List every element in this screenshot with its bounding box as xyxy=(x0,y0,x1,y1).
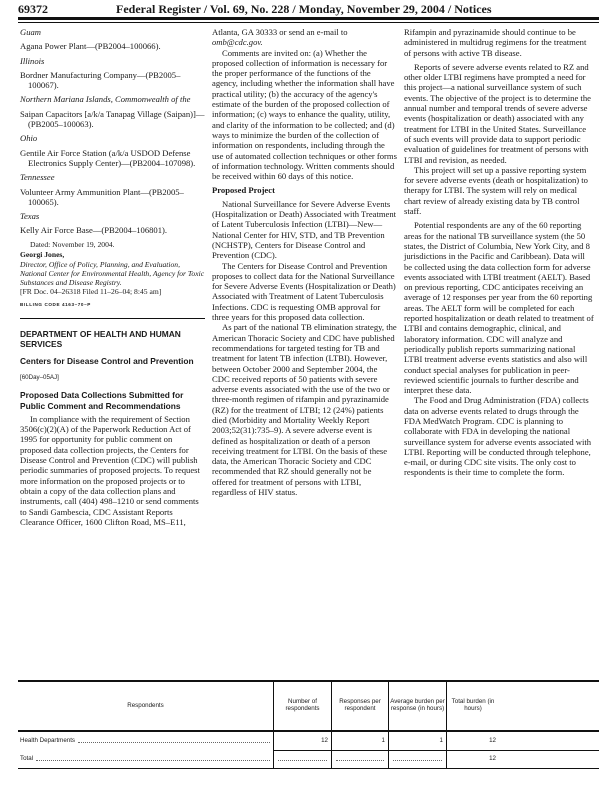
body-paragraph: This project will set up a passive repor… xyxy=(404,165,594,216)
department-heading: DEPARTMENT OF HEALTH AND HUMAN SERVICES xyxy=(20,329,205,349)
header-rule-thin xyxy=(18,22,599,23)
body-paragraph: The Food and Drug Administration (FDA) c… xyxy=(404,395,594,477)
dot-leader xyxy=(36,756,270,761)
average-burden: 1 xyxy=(388,732,446,750)
row-rule xyxy=(273,750,599,751)
signer-title: Director, Office of Policy, Planning, an… xyxy=(20,260,205,287)
total-burden: 12 xyxy=(446,750,499,768)
table-header-row: Respondents Number of respondents Respon… xyxy=(18,682,599,730)
page-number: 69372 xyxy=(18,2,48,17)
state-heading: Northern Mariana Islands, Commonwealth o… xyxy=(20,94,205,104)
column-header: Number of respondents xyxy=(273,682,331,730)
state-heading: Guam xyxy=(20,27,205,37)
signer-name: Georgi Jones, xyxy=(20,250,205,260)
column-3: Rifampin and pyrazinamide should continu… xyxy=(404,27,594,478)
page-header: 69372 Federal Register / Vol. 69, No. 22… xyxy=(18,2,600,16)
table-row-total: Total 12 xyxy=(18,750,599,768)
site-entry: Agana Power Plant—(PB2004–100066). xyxy=(20,41,205,51)
notice-heading: Proposed Data Collections Submitted for … xyxy=(20,390,205,411)
state-heading: Ohio xyxy=(20,133,205,143)
state-heading: Texas xyxy=(20,211,205,221)
site-entry: Gentile Air Force Station (a/k/a USDOD D… xyxy=(20,148,205,169)
intro-paragraph: In compliance with the requirement of Se… xyxy=(20,414,205,527)
header-rule-thick xyxy=(18,17,599,20)
billing-code: BILLING CODE 4163–70–P xyxy=(20,300,205,310)
table-bottom-rule xyxy=(18,768,599,770)
project-title-paragraph: National Surveillance for Severe Adverse… xyxy=(212,199,397,261)
number-of-respondents: 12 xyxy=(273,732,331,750)
dot-leader xyxy=(393,756,442,761)
table-row: Health Departments 12 1 1 12 xyxy=(18,732,599,750)
burden-table: Respondents Number of respondents Respon… xyxy=(18,680,599,769)
body-paragraph: Rifampin and pyrazinamide should continu… xyxy=(404,27,594,58)
body-paragraph: As part of the national TB elimination s… xyxy=(212,322,397,497)
site-entry: Saipan Capacitors [a/k/a Tanapag Village… xyxy=(20,109,205,130)
site-entry: Kelly Air Force Base—(PB2004–106801). xyxy=(20,225,205,235)
address-continuation: Atlanta, GA 30333 or send an e-mail to xyxy=(212,27,348,37)
body-paragraph: Reports of severe adverse events related… xyxy=(404,62,594,165)
running-title: Federal Register / Vol. 69, No. 228 / Mo… xyxy=(116,2,492,17)
column-header: Respondents xyxy=(18,682,273,730)
dot-leader xyxy=(336,756,384,761)
comments-paragraph: Comments are invited on: (a) Whether the… xyxy=(212,48,397,182)
state-heading: Tennessee xyxy=(20,172,205,182)
email-link[interactable]: omb@cdc.gov. xyxy=(212,37,263,47)
responses-per-respondent: 1 xyxy=(331,732,388,750)
dot-leader xyxy=(278,756,327,761)
docket-number: [60Day–05AJ] xyxy=(20,373,205,383)
column-2: Atlanta, GA 30333 or send an e-mail to o… xyxy=(212,27,397,497)
respondent-label: Health Departments xyxy=(20,737,75,744)
site-entry: Bordner Manufacturing Company—(PB2005–10… xyxy=(20,70,205,91)
agency-heading: Centers for Disease Control and Preventi… xyxy=(20,356,205,366)
section-divider xyxy=(20,318,205,319)
total-label: Total xyxy=(20,755,33,762)
dot-leader xyxy=(78,738,270,743)
site-entry: Volunteer Army Ammunition Plant—(PB2005–… xyxy=(20,187,205,208)
column-header: Responses per respondent xyxy=(331,682,388,730)
column-1: Guam Agana Power Plant—(PB2004–100066). … xyxy=(20,27,205,527)
total-burden: 12 xyxy=(446,732,499,750)
dated-line: Dated: November 19, 2004. xyxy=(20,240,205,250)
body-paragraph: The Centers for Disease Control and Prev… xyxy=(212,261,397,323)
column-header: Total burden (in hours) xyxy=(446,682,499,730)
body-paragraph: Potential respondents are any of the 60 … xyxy=(404,220,594,395)
state-heading: Illinois xyxy=(20,56,205,66)
fr-doc-line: [FR Doc. 04–26318 Filed 11–26–04; 8:45 a… xyxy=(20,287,205,297)
column-header: Average burden per response (in hours) xyxy=(388,682,446,730)
project-heading: Proposed Project xyxy=(212,185,397,195)
